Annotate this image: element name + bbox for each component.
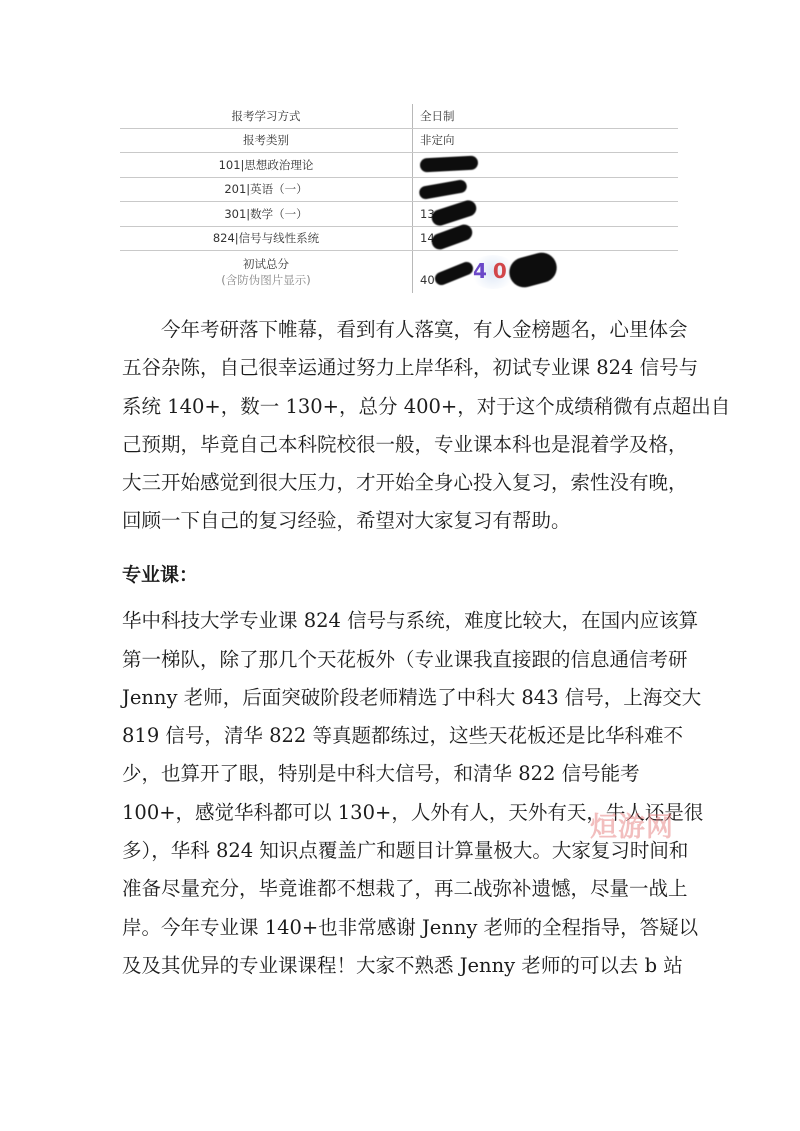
table-row: 101|思想政治理论: [120, 153, 678, 178]
table-row: 824|信号与线性系统 14: [120, 226, 678, 251]
text-line: 岸。今年专业课 140+也非常感谢 Jenny 老师的全程指导，答疑以: [122, 909, 682, 947]
table-row: 报考学习方式 全日制: [120, 104, 678, 128]
text-line: 少，也算开了眼，特别是中科大信号，和清华 822 信号能考: [122, 755, 682, 793]
row-value-redacted: [413, 153, 679, 178]
text-line: 系统 140+，数一 130+，总分 400+，对于这个成绩稍微有点超出自: [122, 388, 682, 426]
redaction-mark: [430, 222, 475, 251]
redaction-mark: [420, 155, 479, 172]
row-label: 201|英语（一）: [120, 177, 413, 202]
text-line: 准备尽量充分，毕竟谁都不想栽了，再二战弥补遗憾，尽量一战上: [122, 870, 682, 908]
anti-fake-note: (含防伪图片显示): [120, 272, 412, 288]
major-course-section: 专业课： 华中科技大学专业课 824 信号与系统，难度比较大，在国内应该算 第一…: [122, 556, 682, 985]
paragraph: 华中科技大学专业课 824 信号与系统，难度比较大，在国内应该算 第一梯队，除了…: [122, 602, 682, 985]
table-row: 报考类别 非定向: [120, 128, 678, 153]
row-value-partial: 13: [413, 202, 679, 227]
row-label: 报考学习方式: [120, 104, 413, 128]
anti-fake-image: 40: [473, 259, 507, 283]
captcha-digit: 0: [493, 259, 507, 283]
score-table: 报考学习方式 全日制 报考类别 非定向 101|思想政治理论 201|英语（一）…: [120, 104, 678, 293]
text-line: 及及其优异的专业课课程！大家不熟悉 Jenny 老师的可以去 b 站: [122, 947, 682, 985]
row-value: 全日制: [413, 104, 679, 128]
total-label: 初试总分: [243, 257, 289, 271]
watermark: 烜游网: [590, 805, 674, 844]
redaction-mark: [506, 249, 560, 290]
intro-paragraph: 今年考研落下帷幕，看到有人落寞，有人金榜题名，心里体会 五谷杂陈，自己很幸运通过…: [122, 311, 682, 541]
row-label: 824|信号与线性系统: [120, 226, 413, 251]
text-line: Jenny 老师，后面突破阶段老师精选了中科大 843 信号，上海交大: [122, 679, 682, 717]
text-line: 大三开始感觉到很大压力，才开始全身心投入复习，索性没有晚，: [122, 464, 682, 502]
row-label: 报考类别: [120, 128, 413, 153]
table-row: 初试总分 (含防伪图片显示) 40 40: [120, 251, 678, 294]
row-label: 101|思想政治理论: [120, 153, 413, 178]
row-label-total: 初试总分 (含防伪图片显示): [120, 251, 413, 294]
score-prefix: 40: [420, 273, 435, 287]
paragraph: 今年考研落下帷幕，看到有人落寞，有人金榜题名，心里体会 五谷杂陈，自己很幸运通过…: [122, 311, 682, 541]
text-line: 今年考研落下帷幕，看到有人落寞，有人金榜题名，心里体会: [122, 311, 682, 349]
text-line: 五谷杂陈，自己很幸运通过努力上岸华科，初试专业课 824 信号与: [122, 349, 682, 387]
text-line: 第一梯队，除了那几个天花板外（专业课我直接跟的信息通信考研: [122, 641, 682, 679]
redaction-mark: [418, 178, 468, 199]
text-line: 819 信号，清华 822 等真题都练过，这些天花板还是比华科难不: [122, 717, 682, 755]
row-value-redacted: [413, 177, 679, 202]
text-line: 回顾一下自己的复习经验，希望对大家复习有帮助。: [122, 502, 682, 540]
text-line: 华中科技大学专业课 824 信号与系统，难度比较大，在国内应该算: [122, 602, 682, 640]
section-heading: 专业课：: [122, 556, 682, 594]
row-label: 301|数学（一）: [120, 202, 413, 227]
row-value-total: 40 40: [413, 251, 679, 294]
row-value-partial: 14: [413, 226, 679, 251]
redaction-mark: [430, 198, 479, 227]
row-value: 非定向: [413, 128, 679, 153]
text-line: 己预期，毕竟自己本科院校很一般，专业课本科也是混着学及格，: [122, 426, 682, 464]
table-row: 201|英语（一）: [120, 177, 678, 202]
captcha-digit: 4: [473, 259, 487, 283]
table-row: 301|数学（一） 13: [120, 202, 678, 227]
